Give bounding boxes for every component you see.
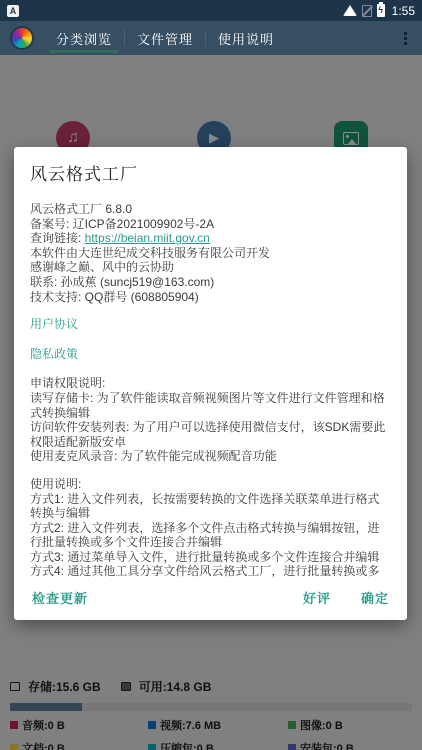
tab-label: 使用说明: [218, 29, 274, 48]
tab-label: 分类浏览: [56, 29, 112, 48]
dialog-title: 风云格式工厂: [30, 160, 391, 185]
battery-charging-icon: ϟ: [377, 4, 385, 17]
permissions-text: 申请权限说明: 读写存储卡: 为了软件能读取音频视频图片等文件进行文件管理和格式…: [30, 376, 391, 464]
privacy-policy-row: 隐私政策: [30, 347, 391, 362]
overflow-menu-icon[interactable]: [404, 32, 408, 45]
charging-bolt-icon: ϟ: [378, 6, 383, 15]
rate-button[interactable]: 好评: [301, 582, 333, 613]
confirm-button[interactable]: 确定: [359, 582, 391, 613]
user-agreement-link[interactable]: 用户协议: [30, 317, 78, 332]
status-bar: A ϟ 1:55: [0, 0, 422, 21]
tab-file-manager[interactable]: 文件管理: [125, 21, 205, 55]
phone-screen: A ϟ 1:55 分类浏览 文件管理 使用说明: [0, 0, 422, 750]
about-post-link: 本软件由大连世纪成交科技服务有限公司开发 感谢峰之巅、风中的云协助 联系: 孙成…: [30, 246, 270, 304]
check-update-button[interactable]: 检查更新: [30, 582, 90, 613]
tab-selected-underline: [50, 50, 118, 53]
tab-usage-help[interactable]: 使用说明: [206, 21, 286, 55]
about-text: 风云格式工厂 6.8.0 备案号: 辽ICP备2021009902号-2A 查询…: [30, 202, 391, 304]
app-logo-icon: [10, 26, 34, 50]
wifi-icon: [343, 5, 357, 16]
tab-bar: 分类浏览 文件管理 使用说明: [44, 21, 286, 55]
tab-underline-slot: [212, 50, 280, 53]
tab-label: 文件管理: [137, 29, 193, 48]
tab-category-browse[interactable]: 分类浏览: [44, 21, 124, 55]
beian-link[interactable]: https://beian.miit.gov.cn: [85, 231, 210, 245]
status-icons: ϟ 1:55: [343, 4, 415, 18]
about-dialog: 风云格式工厂 风云格式工厂 6.8.0 备案号: 辽ICP备2021009902…: [14, 147, 407, 620]
no-sim-icon: [362, 5, 372, 17]
privacy-policy-link[interactable]: 隐私政策: [30, 347, 78, 362]
clock-time: 1:55: [392, 4, 415, 18]
user-agreement-row: 用户协议: [30, 317, 391, 332]
dialog-button-row: 检查更新 好评 确定: [30, 580, 391, 620]
dialog-body: 风云格式工厂 6.8.0 备案号: 辽ICP备2021009902号-2A 查询…: [30, 202, 391, 580]
app-bar: 分类浏览 文件管理 使用说明: [0, 21, 422, 55]
ime-indicator-icon: A: [7, 5, 19, 17]
tab-underline-slot: [131, 50, 199, 53]
usage-text: 使用说明: 方式1: 进入文件列表，长按需要转换的文件选择关联菜单进行格式转换与…: [30, 477, 391, 580]
